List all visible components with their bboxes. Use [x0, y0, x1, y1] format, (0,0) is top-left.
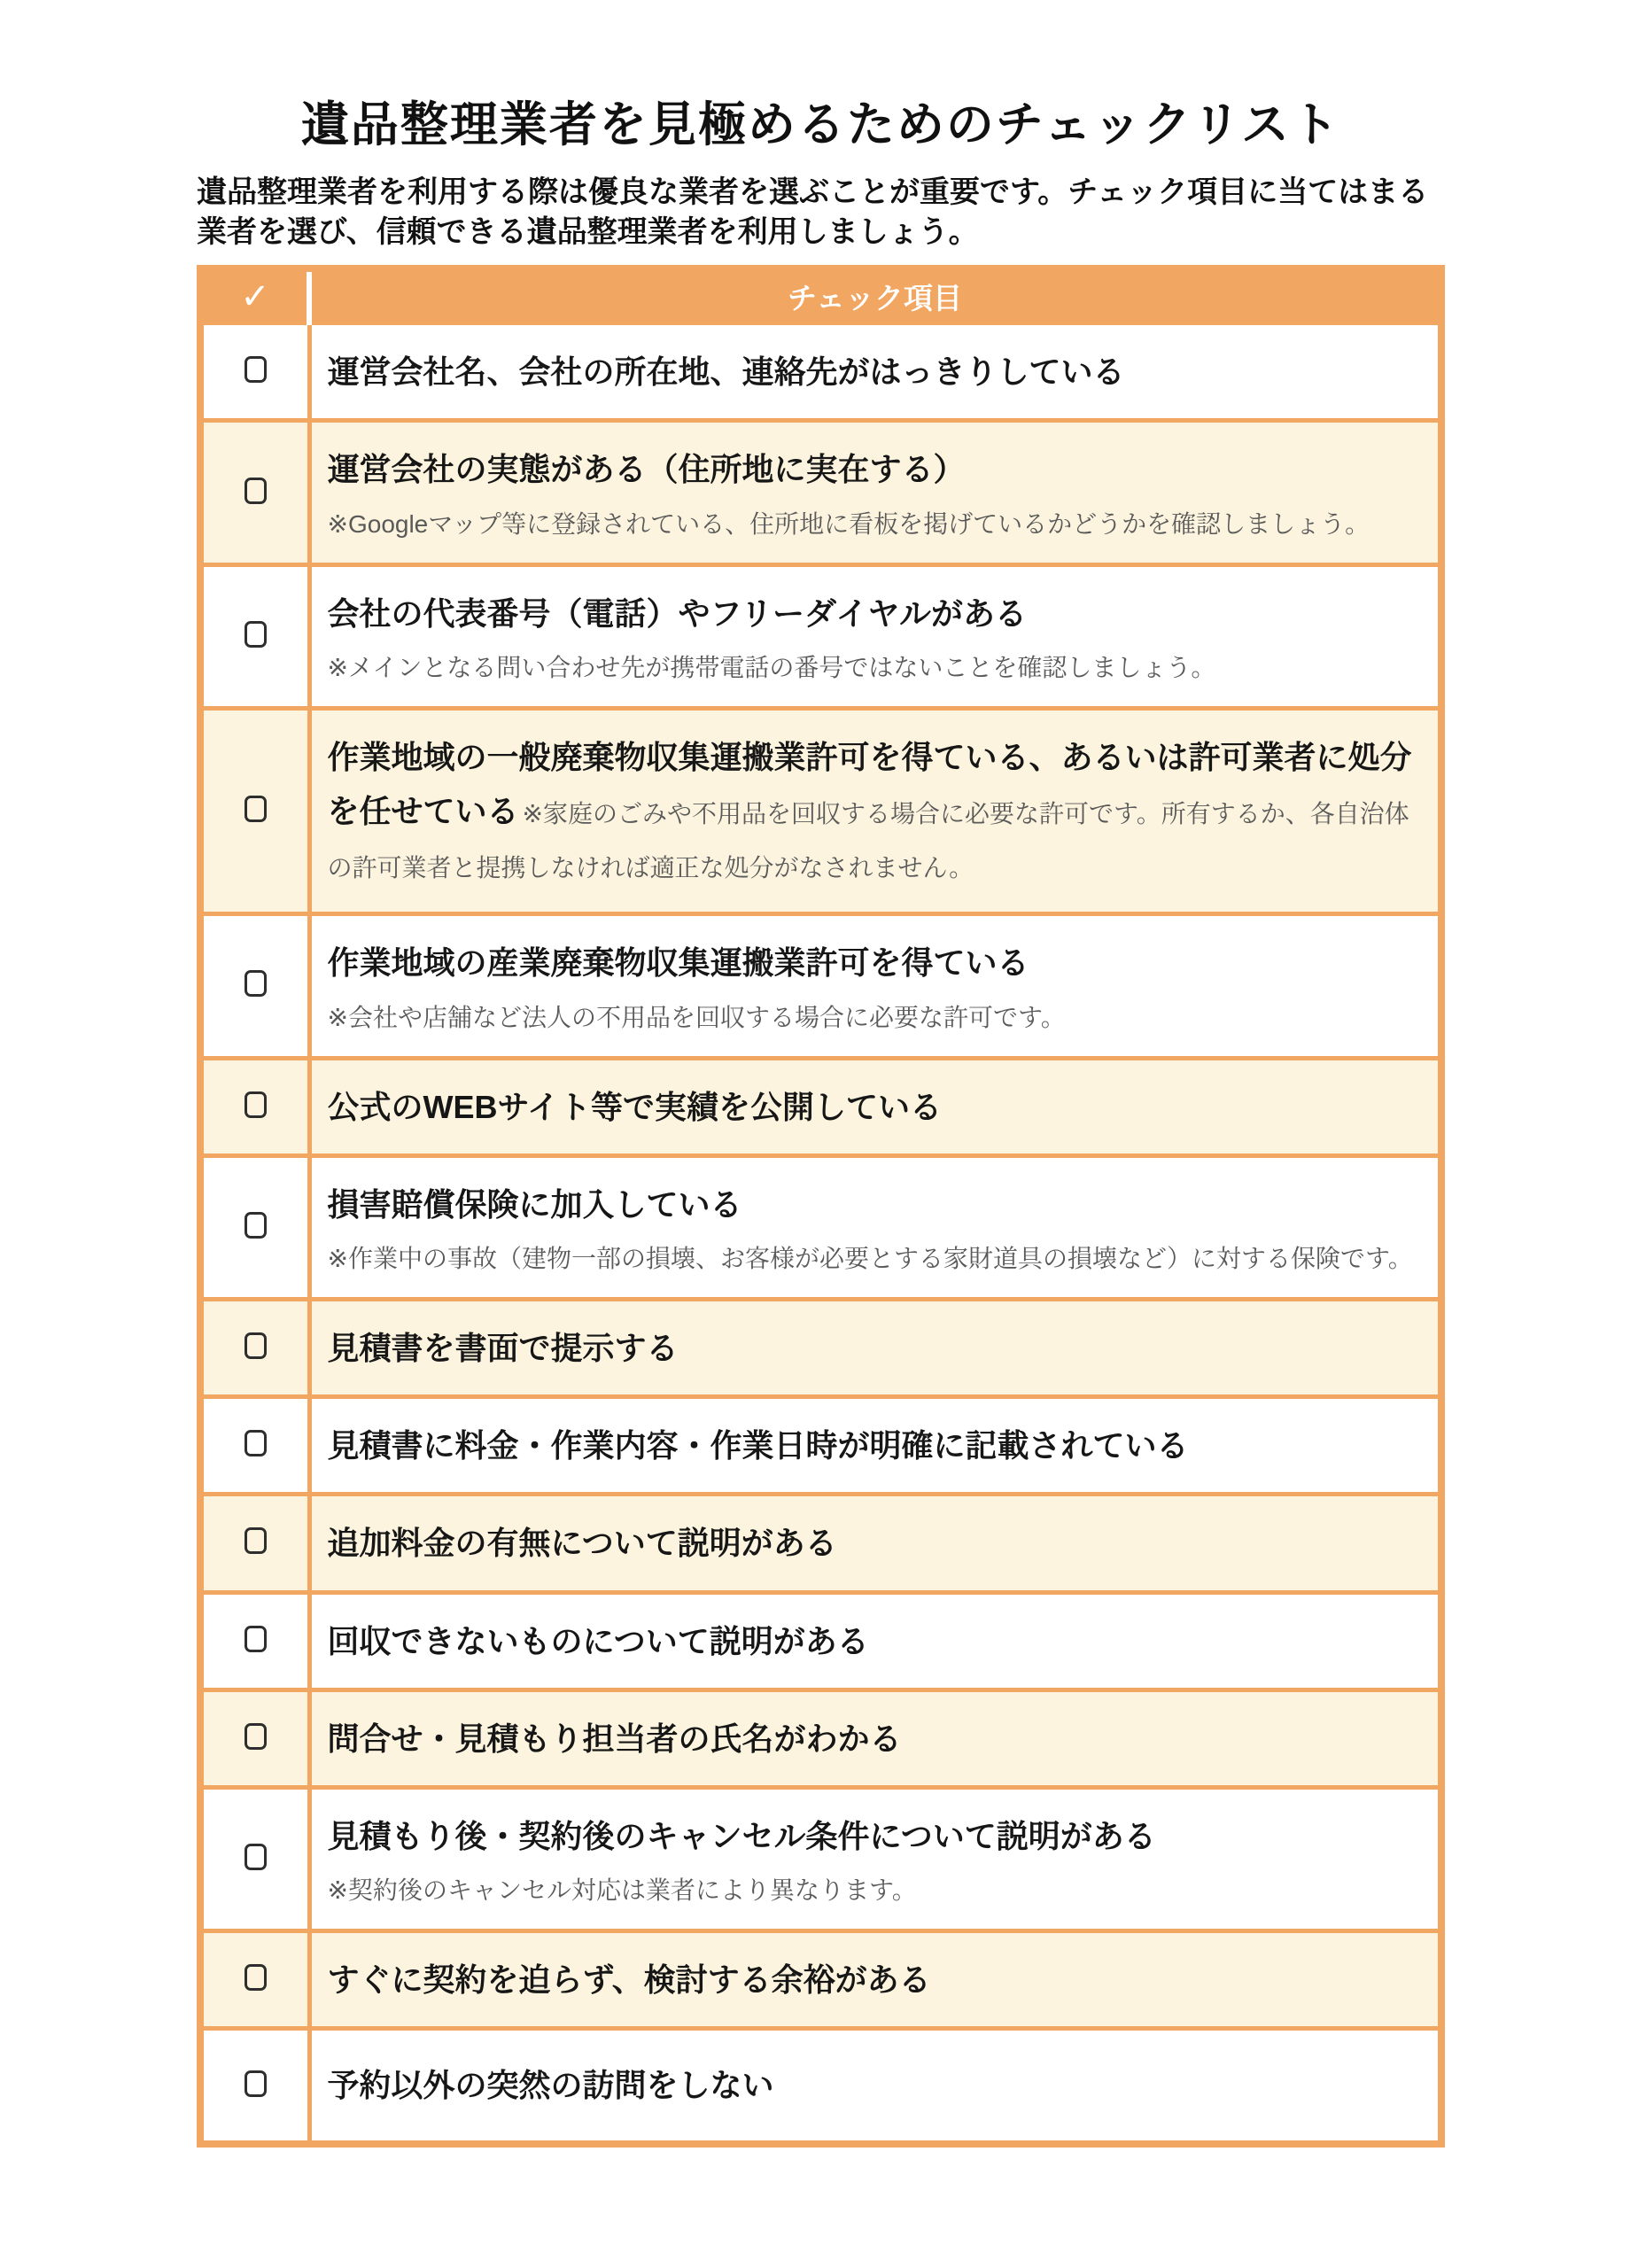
checkbox-cell	[200, 1058, 309, 1155]
checkbox-cell	[200, 421, 309, 564]
document-page: 遺品整理業者を見極めるためのチェックリスト 遺品整理業者を利用する際は優良な業者…	[197, 0, 1445, 2148]
table-row: 運営会社名、会社の所在地、連絡先がはっきりしている	[200, 323, 1441, 421]
check-item-title: 見積もり後・契約後のキャンセル条件について説明がある	[328, 1809, 1417, 1863]
check-item-note: ※会社や店舗など法人の不用品を回収する場合に必要な許可です。	[328, 999, 1417, 1037]
row-checkbox[interactable]	[245, 2070, 267, 2097]
check-item-title: 損害賠償保険に加入している	[328, 1177, 1417, 1231]
checkbox-cell	[200, 1299, 309, 1396]
item-cell: 会社の代表番号（電話）やフリーダイヤルがある ※メインとなる問い合わせ先が携帯電…	[309, 564, 1441, 708]
row-checkbox[interactable]	[245, 1091, 267, 1118]
check-item-title: 見積書に料金・作業内容・作業日時が明確に記載されている	[328, 1418, 1417, 1472]
item-cell: 回収できないものについて説明がある	[309, 1592, 1441, 1689]
table-row: 作業地域の一般廃棄物収集運搬業許可を得ている、あるいは許可業者に処分を任せている…	[200, 708, 1441, 914]
table-row: 問合せ・見積もり担当者の氏名がわかる	[200, 1689, 1441, 1787]
table-row: 見積もり後・契約後のキャンセル条件について説明がある ※契約後のキャンセル対応は…	[200, 1787, 1441, 1930]
check-item-title: 運営会社の実態がある（住所地に実在する）	[328, 442, 1417, 496]
header-check-column: ✓	[200, 268, 309, 323]
row-checkbox[interactable]	[245, 1332, 267, 1359]
checkbox-cell	[200, 1931, 309, 2029]
check-item-title: 作業地域の一般廃棄物収集運搬業許可を得ている、あるいは許可業者に処分を任せている…	[328, 730, 1417, 893]
table-row: 見積書に料金・作業内容・作業日時が明確に記載されている	[200, 1397, 1441, 1495]
checklist-table: ✓ チェック項目 運営会社名、会社の所在地、連絡先がはっきりしている 運営会社の…	[197, 265, 1445, 2148]
item-cell: すぐに契約を迫らず、検討する余裕がある	[309, 1931, 1441, 2029]
item-cell: 見積もり後・契約後のキャンセル条件について説明がある ※契約後のキャンセル対応は…	[309, 1787, 1441, 1930]
item-cell: 問合せ・見積もり担当者の氏名がわかる	[309, 1689, 1441, 1787]
row-checkbox[interactable]	[245, 1626, 267, 1652]
intro-text: 遺品整理業者を利用する際は優良な業者を選ぶことが重要です。チェック項目に当てはま…	[197, 173, 1445, 252]
check-item-title: 回収できないものについて説明がある	[328, 1614, 1417, 1668]
header-item-column: チェック項目	[309, 268, 1441, 323]
check-item-note: ※メインとなる問い合わせ先が携帯電話の番号ではないことを確認しましょう。	[328, 649, 1417, 687]
check-mark-icon: ✓	[240, 277, 270, 316]
table-body: 運営会社名、会社の所在地、連絡先がはっきりしている 運営会社の実態がある（住所地…	[200, 323, 1441, 2144]
check-item-title: 作業地域の産業廃棄物収集運搬業許可を得ている	[328, 936, 1417, 990]
row-checkbox[interactable]	[245, 1527, 267, 1554]
checkbox-cell	[200, 1689, 309, 1787]
checkbox-cell	[200, 1592, 309, 1689]
item-cell: 見積書を書面で提示する	[309, 1299, 1441, 1396]
check-item-title: 会社の代表番号（電話）やフリーダイヤルがある	[328, 586, 1417, 641]
row-checkbox[interactable]	[245, 970, 267, 997]
item-cell: 見積書に料金・作業内容・作業日時が明確に記載されている	[309, 1397, 1441, 1495]
page-title: 遺品整理業者を見極めるためのチェックリスト	[197, 0, 1445, 155]
row-checkbox[interactable]	[245, 1430, 267, 1456]
check-item-title: 公式のWEBサイト等で実績を公開している	[328, 1080, 1417, 1134]
table-row: 追加料金の有無について説明がある	[200, 1495, 1441, 1592]
row-checkbox[interactable]	[245, 796, 267, 822]
checkbox-cell	[200, 1397, 309, 1495]
table-row: 作業地域の産業廃棄物収集運搬業許可を得ている ※会社や店舗など法人の不用品を回収…	[200, 914, 1441, 1058]
check-item-note: ※作業中の事故（建物一部の損壊、お客様が必要とする家財道具の損壊など）に対する保…	[328, 1240, 1417, 1278]
item-cell: 運営会社名、会社の所在地、連絡先がはっきりしている	[309, 323, 1441, 421]
check-item-title: 運営会社名、会社の所在地、連絡先がはっきりしている	[328, 345, 1417, 399]
check-item-note: ※契約後のキャンセル対応は業者により異なります。	[328, 1872, 1417, 1909]
table-row: 会社の代表番号（電話）やフリーダイヤルがある ※メインとなる問い合わせ先が携帯電…	[200, 564, 1441, 708]
table-row: すぐに契約を迫らず、検討する余裕がある	[200, 1931, 1441, 2029]
table-header: ✓ チェック項目	[200, 268, 1441, 323]
row-checkbox[interactable]	[245, 1964, 267, 1991]
item-cell: 作業地域の一般廃棄物収集運搬業許可を得ている、あるいは許可業者に処分を任せている…	[309, 708, 1441, 914]
table-row: 予約以外の突然の訪問をしない	[200, 2029, 1441, 2144]
row-checkbox[interactable]	[245, 1844, 267, 1870]
row-checkbox[interactable]	[245, 478, 267, 504]
checkbox-cell	[200, 1495, 309, 1592]
checkbox-cell	[200, 1787, 309, 1930]
row-checkbox[interactable]	[245, 356, 267, 383]
check-item-title: すぐに契約を迫らず、検討する余裕がある	[328, 1953, 1417, 2007]
table-row: 運営会社の実態がある（住所地に実在する） ※Googleマップ等に登録されている…	[200, 421, 1441, 564]
table-row: 見積書を書面で提示する	[200, 1299, 1441, 1396]
table-row: 回収できないものについて説明がある	[200, 1592, 1441, 1689]
item-cell: 公式のWEBサイト等で実績を公開している	[309, 1058, 1441, 1155]
checkbox-cell	[200, 564, 309, 708]
item-cell: 予約以外の突然の訪問をしない	[309, 2029, 1441, 2144]
check-item-title: 追加料金の有無について説明がある	[328, 1516, 1417, 1570]
check-item-title: 問合せ・見積もり担当者の氏名がわかる	[328, 1712, 1417, 1766]
row-checkbox[interactable]	[245, 621, 267, 648]
checkbox-cell	[200, 2029, 309, 2144]
item-cell: 作業地域の産業廃棄物収集運搬業許可を得ている ※会社や店舗など法人の不用品を回収…	[309, 914, 1441, 1058]
checkbox-cell	[200, 708, 309, 914]
check-item-title: 見積書を書面で提示する	[328, 1321, 1417, 1375]
item-cell: 損害賠償保険に加入している ※作業中の事故（建物一部の損壊、お客様が必要とする家…	[309, 1155, 1441, 1299]
check-item-title: 予約以外の突然の訪問をしない	[328, 2058, 1417, 2112]
checkbox-cell	[200, 914, 309, 1058]
checkbox-cell	[200, 1155, 309, 1299]
item-cell: 運営会社の実態がある（住所地に実在する） ※Googleマップ等に登録されている…	[309, 421, 1441, 564]
item-cell: 追加料金の有無について説明がある	[309, 1495, 1441, 1592]
row-checkbox[interactable]	[245, 1723, 267, 1750]
table-row: 公式のWEBサイト等で実績を公開している	[200, 1058, 1441, 1155]
table-row: 損害賠償保険に加入している ※作業中の事故（建物一部の損壊、お客様が必要とする家…	[200, 1155, 1441, 1299]
checkbox-cell	[200, 323, 309, 421]
check-item-note: ※Googleマップ等に登録されている、住所地に看板を掲げているかどうかを確認し…	[328, 506, 1417, 543]
row-checkbox[interactable]	[245, 1212, 267, 1239]
